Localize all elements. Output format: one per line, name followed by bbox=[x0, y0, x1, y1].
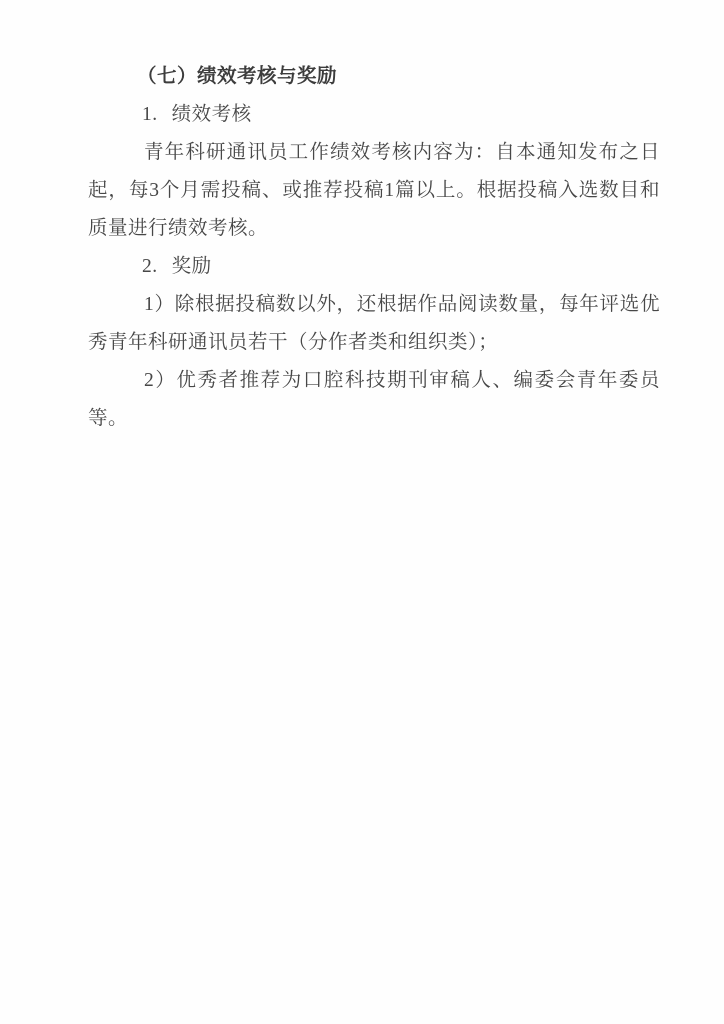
paragraph-reward-selection: 1）除根据投稿数以外，还根据作品阅读数量，每年评选优秀青年科研通讯员若干（分作者… bbox=[88, 286, 660, 362]
item-number: 2. bbox=[142, 256, 158, 277]
section-heading: （七）绩效考核与奖励 bbox=[88, 58, 660, 96]
document-body: （七）绩效考核与奖励 1.绩效考核 青年科研通讯员工作绩效考核内容为：自本通知发… bbox=[88, 58, 660, 438]
paragraph-performance-assessment: 青年科研通讯员工作绩效考核内容为：自本通知发布之日起，每3个月需投稿、或推荐投稿… bbox=[88, 134, 660, 248]
numbered-item-performance: 1.绩效考核 bbox=[88, 96, 660, 134]
item-number: 1. bbox=[142, 104, 158, 125]
document-page: （七）绩效考核与奖励 1.绩效考核 青年科研通讯员工作绩效考核内容为：自本通知发… bbox=[0, 0, 724, 1024]
numbered-item-reward: 2.奖励 bbox=[88, 248, 660, 286]
paragraph-reward-recommendation: 2）优秀者推荐为口腔科技期刊审稿人、编委会青年委员等。 bbox=[88, 362, 660, 438]
item-title: 奖励 bbox=[172, 256, 212, 277]
item-title: 绩效考核 bbox=[172, 104, 252, 125]
